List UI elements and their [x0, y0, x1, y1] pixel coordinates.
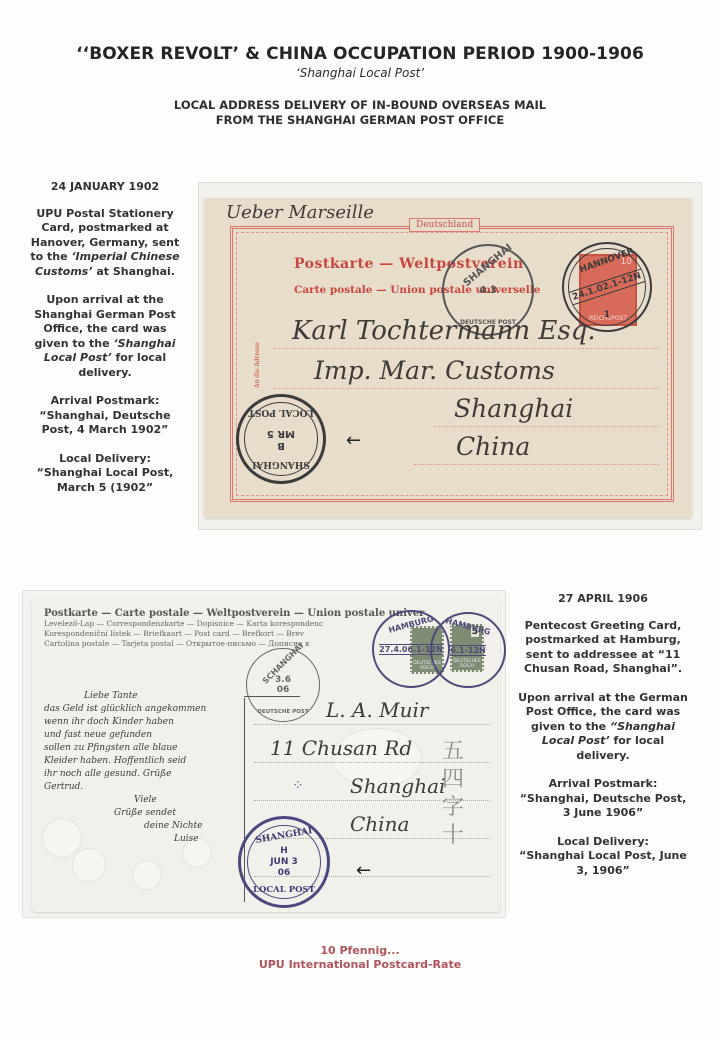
item2-local-delivery-label: Local Delivery:: [557, 835, 649, 848]
card1-address-org: Imp. Mar. Customs: [314, 356, 555, 385]
card1-country-label: Deutschland: [409, 218, 480, 232]
card2-message-line: Gertrud.: [44, 781, 240, 794]
item2-caption: 27 APRIL 1906 Pentecost Greeting Card, p…: [518, 592, 688, 892]
card2-pencil-mark: 四: [442, 766, 464, 794]
card2-message-line: wenn ihr doch Kinder haben: [44, 716, 240, 729]
card2-message-line: Kleider haben. Hoffentlich seid: [44, 755, 240, 768]
card1-arrow-icon: ←: [346, 432, 361, 450]
item1-local-delivery: Local Delivery:“Shanghai Local Post, Mar…: [30, 452, 180, 496]
card2-message-line: Viele: [44, 794, 240, 807]
item1-arrival-postmark-value: “Shanghai, Deutsche Post, 4 March 1902”: [39, 409, 170, 437]
card2-message-line: und fast neue gefunden: [44, 729, 240, 742]
card2-message-line: Grüße sendet: [44, 807, 240, 820]
card2-message-line: Luise: [44, 833, 240, 846]
item1-local-delivery-value: “Shanghai Local Post, March 5 (1902”: [37, 466, 174, 494]
card2-header-row: Levelező-Lap — Correspondenzkarte — Dopi…: [44, 619, 424, 629]
card2-pencil-marks: 五 四 字 十: [442, 738, 464, 850]
card1-address-line-2: [274, 388, 660, 389]
card2-address-city: Shanghai: [350, 774, 445, 798]
item1-caption: 24 JANUARY 1902 UPU Postal Stationery Ca…: [30, 180, 180, 509]
card2-address-name: L. A. Muir: [326, 698, 428, 722]
card1-address-city: Shanghai: [454, 394, 573, 423]
card2-message-line: ihr noch alle gesund. Grüße: [44, 768, 240, 781]
emboss-flower-icon: [72, 848, 106, 882]
card1-address-line-4: [414, 464, 660, 465]
card2-local-postmark-bottom: LOCAL POST: [241, 885, 327, 895]
card2-address-street: 11 Chusan Rd: [270, 736, 412, 760]
card2-header: Postkarte — Carte postale — Weltpostvere…: [44, 608, 424, 649]
card2-pencil-mark: 五: [442, 738, 464, 766]
item2-description: Pentecost Greeting Card, postmarked at H…: [518, 619, 688, 677]
emboss-flower-icon: [132, 860, 162, 890]
item1-local-delivery-label: Local Delivery:: [59, 452, 151, 465]
card1-address-line-1: [274, 348, 660, 349]
card1-address-country: China: [456, 432, 530, 461]
page-footer: 10 Pfennig... UPU International Postcard…: [0, 944, 720, 972]
card2-message-line: das Geld ist glücklich angekommen: [44, 703, 240, 716]
page-title: ‘‘BOXER REVOLT’ & CHINA OCCUPATION PERIO…: [0, 44, 720, 64]
card2-header-row: Cartolina postale — Tarjeta postal — Отк…: [44, 639, 424, 649]
card2-address-line: [254, 724, 490, 725]
item2-arrival-postmark-value: “Shanghai, Deutsche Post, 3 June 1906”: [520, 792, 687, 820]
card2-message: Liebe Tante das Geld ist glücklich angek…: [44, 690, 240, 846]
section-heading-line-1: LOCAL ADDRESS DELIVERY OF IN-BOUND OVERS…: [0, 98, 720, 113]
item1-description-end: at Shanghai.: [93, 265, 175, 278]
card2-pencil-mark: 字: [442, 794, 464, 822]
card2-message-line: Liebe Tante: [44, 690, 240, 703]
item1-description: UPU Postal Stationery Card, postmarked a…: [30, 207, 180, 280]
item2-arrival-note: Upon arrival at the German Post Office, …: [518, 691, 688, 764]
footer-rate: 10 Pfennig...: [0, 944, 720, 958]
ink-blot-icon: ⁘: [292, 778, 304, 794]
section-heading-line-2: FROM THE SHANGHAI GERMAN POST OFFICE: [0, 113, 720, 128]
footer-rate-description: UPU International Postcard-Rate: [0, 958, 720, 972]
card2-origin-postmark-2-date: 6.1-12N: [450, 645, 485, 656]
card1-routing-text: Ueber Marseille: [226, 202, 374, 223]
item2-arrival-postmark: Arrival Postmark:“Shanghai, Deutsche Pos…: [518, 777, 688, 821]
item1-arrival-postmark-label: Arrival Postmark:: [51, 394, 160, 407]
card1-address-name: Karl Tochtermann Esq.: [292, 316, 596, 346]
item1-date: 24 JANUARY 1902: [30, 180, 180, 195]
card2-message-line: deine Nichte: [44, 820, 240, 833]
card2-address-country: China: [350, 812, 409, 836]
card1-local-postmark-bottom: LOCAL POST: [239, 407, 323, 417]
card1-local-postmark-top: SHANGHAI: [239, 459, 323, 469]
card2-arrow-icon: ←: [356, 862, 371, 880]
card1-local-post-postmark: SHANGHAI BMR 5 LOCAL POST: [236, 394, 326, 484]
page-subtitle: ‘Shanghai Local Post’: [0, 66, 720, 80]
item2-date: 27 APRIL 1906: [518, 592, 688, 607]
card2-arrival-postmark-bottom: DEUTSCHE POST: [247, 709, 319, 715]
item2-arrival-postmark-label: Arrival Postmark:: [549, 777, 658, 790]
item1-postcard: Deutschland Ueber Marseille Postkarte — …: [204, 198, 692, 518]
card2-title: Postkarte — Carte postale — Weltpostvere…: [44, 608, 424, 619]
card1-address-line-3: [434, 426, 660, 427]
card2-message-line: sollen zu Pfingsten alle blaue: [44, 742, 240, 755]
section-heading: LOCAL ADDRESS DELIVERY OF IN-BOUND OVERS…: [0, 98, 720, 128]
card1-arrival-postmark-date: 4.3: [479, 285, 497, 296]
page-header: ‘‘BOXER REVOLT’ & CHINA OCCUPATION PERIO…: [0, 44, 720, 128]
card2-header-row: Korespondeniční lístek — Briefkaart — Po…: [44, 629, 424, 639]
card2-local-post-postmark: SHANGHAI H JUN 3 06 LOCAL POST: [238, 816, 330, 908]
card1-side-text: An die Adresse: [254, 342, 261, 388]
card2-origin-postmark-2-city: HAMBURG: [432, 613, 504, 640]
item1-arrival-note: Upon arrival at the Shanghai German Post…: [30, 293, 180, 380]
item2-local-delivery-value: “Shanghai Local Post, June 3, 1906”: [519, 849, 687, 877]
card2-origin-postmark-2: HAMBURG 6.1-12N: [430, 612, 506, 688]
card2-pencil-mark: 十: [442, 822, 464, 850]
item2-postcard: Postkarte — Carte postale — Weltpostvere…: [32, 598, 500, 912]
item1-arrival-postmark: Arrival Postmark:“Shanghai, Deutsche Pos…: [30, 394, 180, 438]
item2-local-delivery: Local Delivery:“Shanghai Local Post, Jun…: [518, 835, 688, 879]
card2-arrival-postmark: SCHANGHAI 3.6 06 DEUTSCHE POST: [246, 648, 320, 722]
